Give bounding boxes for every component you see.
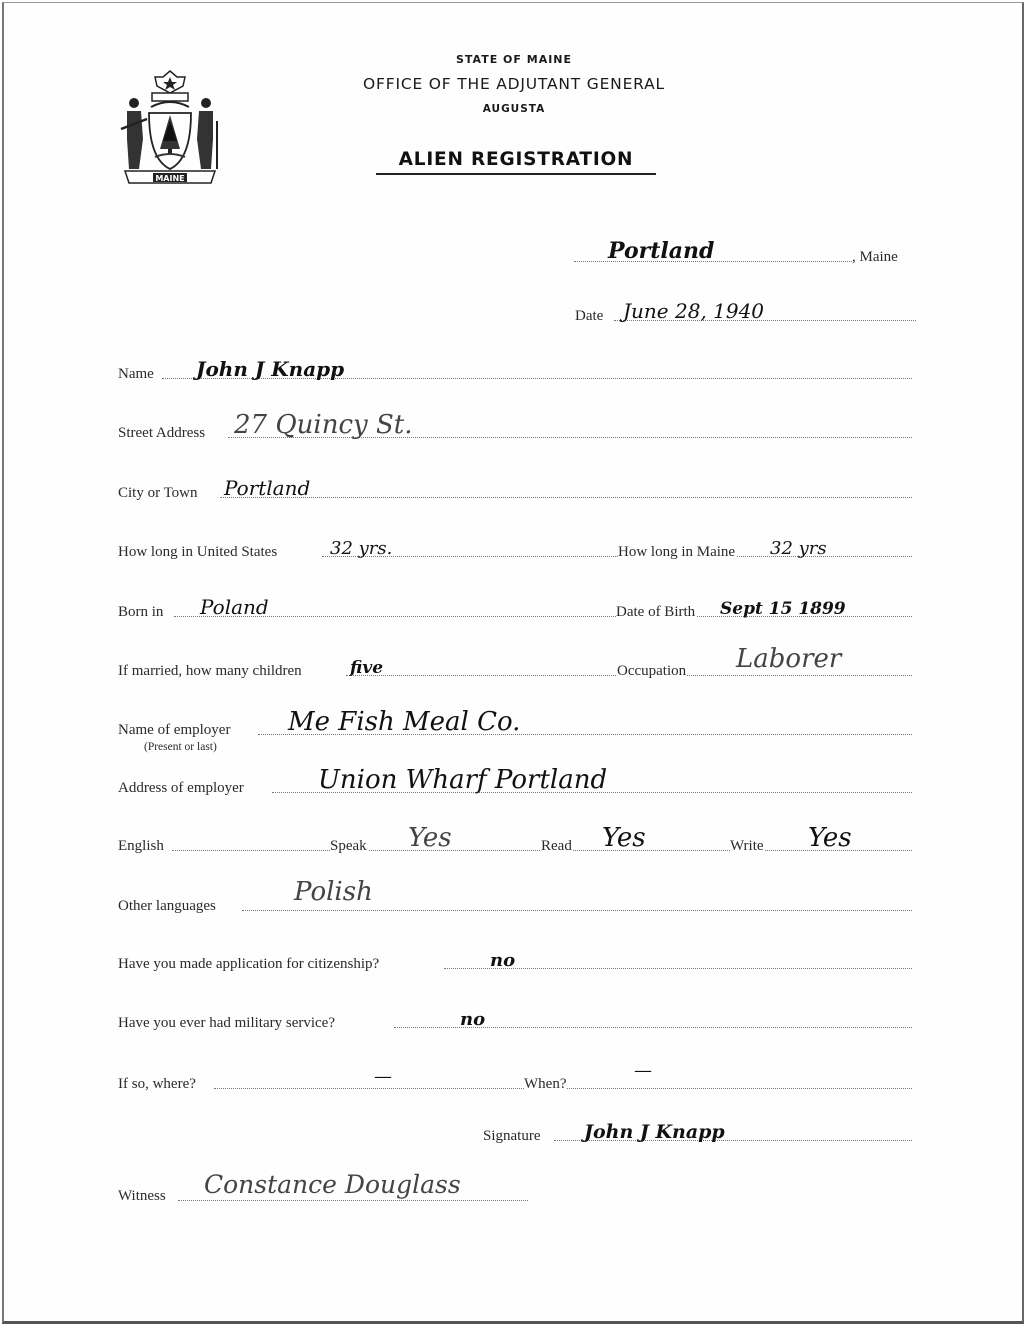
how-long-maine-value[interactable]: 32 yrs <box>770 538 827 559</box>
military-value[interactable]: no <box>460 1009 485 1030</box>
speak-value[interactable]: Yes <box>408 823 452 853</box>
how-long-us-value[interactable]: 32 yrs. <box>330 538 392 559</box>
where-label: If so, where? <box>118 1076 197 1093</box>
header-office: OFFICE OF THE ADJUTANT GENERAL <box>334 75 694 93</box>
where-value[interactable]: — <box>374 1066 392 1087</box>
registration-form-page: MAINE STATE OF MAINE OFFICE OF THE ADJUT… <box>2 2 1024 1324</box>
duration-row: How long in United States 32 yrs. How lo… <box>118 533 912 563</box>
military-label: Have you ever had military service? <box>118 1015 336 1032</box>
witness-row: Witness Constance Douglass <box>118 1177 912 1207</box>
military-row: Have you ever had military service? no <box>118 1004 912 1034</box>
street-address-row: Street Address 27 Quincy St. <box>118 414 912 444</box>
signature-label: Signature <box>483 1128 542 1145</box>
date-row: Date June 28, 1940 <box>118 297 912 327</box>
employer-address-value[interactable]: Union Wharf Portland <box>318 765 607 795</box>
place-suffix: , Maine <box>852 249 899 266</box>
when-value[interactable]: — <box>634 1060 652 1081</box>
read-value[interactable]: Yes <box>602 823 646 853</box>
born-in-value[interactable]: Poland <box>200 595 269 619</box>
citizenship-row: Have you made application for citizenshi… <box>118 945 912 975</box>
witness-value[interactable]: Constance Douglass <box>204 1170 461 1199</box>
signature-value[interactable]: John J Knapp <box>584 1121 725 1143</box>
how-long-us-label: How long in United States <box>118 544 278 561</box>
place-value[interactable]: Portland <box>608 238 714 264</box>
header-city: AUGUSTA <box>334 103 694 115</box>
write-label: Write <box>730 838 765 855</box>
occupation-label: Occupation <box>617 663 687 680</box>
employer-name-sublabel: (Present or last) <box>144 741 217 753</box>
witness-label: Witness <box>118 1188 167 1205</box>
date-label: Date <box>575 308 604 325</box>
city-row: City or Town Portland <box>118 474 912 504</box>
date-value[interactable]: June 28, 1940 <box>623 299 764 323</box>
born-in-label: Born in <box>118 604 164 621</box>
date-of-birth-label: Date of Birth <box>616 604 696 621</box>
signature-row: Signature John J Knapp <box>118 1117 912 1147</box>
speak-label: Speak <box>330 838 368 855</box>
employer-address-row: Address of employer Union Wharf Portland <box>118 769 912 799</box>
write-value[interactable]: Yes <box>808 823 852 853</box>
name-label: Name <box>118 366 155 383</box>
employer-name-value[interactable]: Me Fish Meal Co. <box>288 707 520 737</box>
date-of-birth-value[interactable]: Sept 15 1899 <box>720 599 846 619</box>
street-address-value[interactable]: 27 Quincy St. <box>234 410 413 440</box>
children-label: If married, how many children <box>118 663 303 680</box>
employer-address-label: Address of employer <box>118 780 245 797</box>
employer-name-row: Name of employer Me Fish Meal Co. (Prese… <box>118 711 912 741</box>
maine-state-seal-icon: MAINE <box>117 69 223 191</box>
english-label: English <box>118 838 165 855</box>
street-address-label: Street Address <box>118 425 206 442</box>
name-row: Name John J Knapp <box>118 355 912 385</box>
city-value[interactable]: Portland <box>224 476 310 500</box>
children-value[interactable]: five <box>350 658 383 678</box>
citizenship-value[interactable]: no <box>490 950 515 971</box>
when-label: When? <box>524 1076 567 1093</box>
children-occupation-row: If married, how many children five Occup… <box>118 652 912 682</box>
how-long-maine-label: How long in Maine <box>618 544 736 561</box>
birth-row: Born in Poland Date of Birth Sept 15 189… <box>118 593 912 623</box>
read-label: Read <box>541 838 573 855</box>
place-row: Portland , Maine <box>118 238 912 268</box>
city-label: City or Town <box>118 485 199 502</box>
where-when-row: If so, where? — When? — <box>118 1065 912 1095</box>
other-languages-row: Other languages Polish <box>118 887 912 917</box>
citizenship-label: Have you made application for citizenshi… <box>118 956 380 973</box>
name-value[interactable]: John J Knapp <box>196 357 344 381</box>
english-row: English Speak Yes Read Yes Write Yes <box>118 827 912 857</box>
form-title: ALIEN REGISTRATION <box>376 149 656 175</box>
seal-banner-text: MAINE <box>155 174 184 183</box>
employer-name-label: Name of employer <box>118 722 231 739</box>
other-languages-label: Other languages <box>118 898 217 915</box>
occupation-value[interactable]: Laborer <box>736 644 841 674</box>
other-languages-value[interactable]: Polish <box>294 877 373 907</box>
header-state: STATE OF MAINE <box>334 53 694 66</box>
